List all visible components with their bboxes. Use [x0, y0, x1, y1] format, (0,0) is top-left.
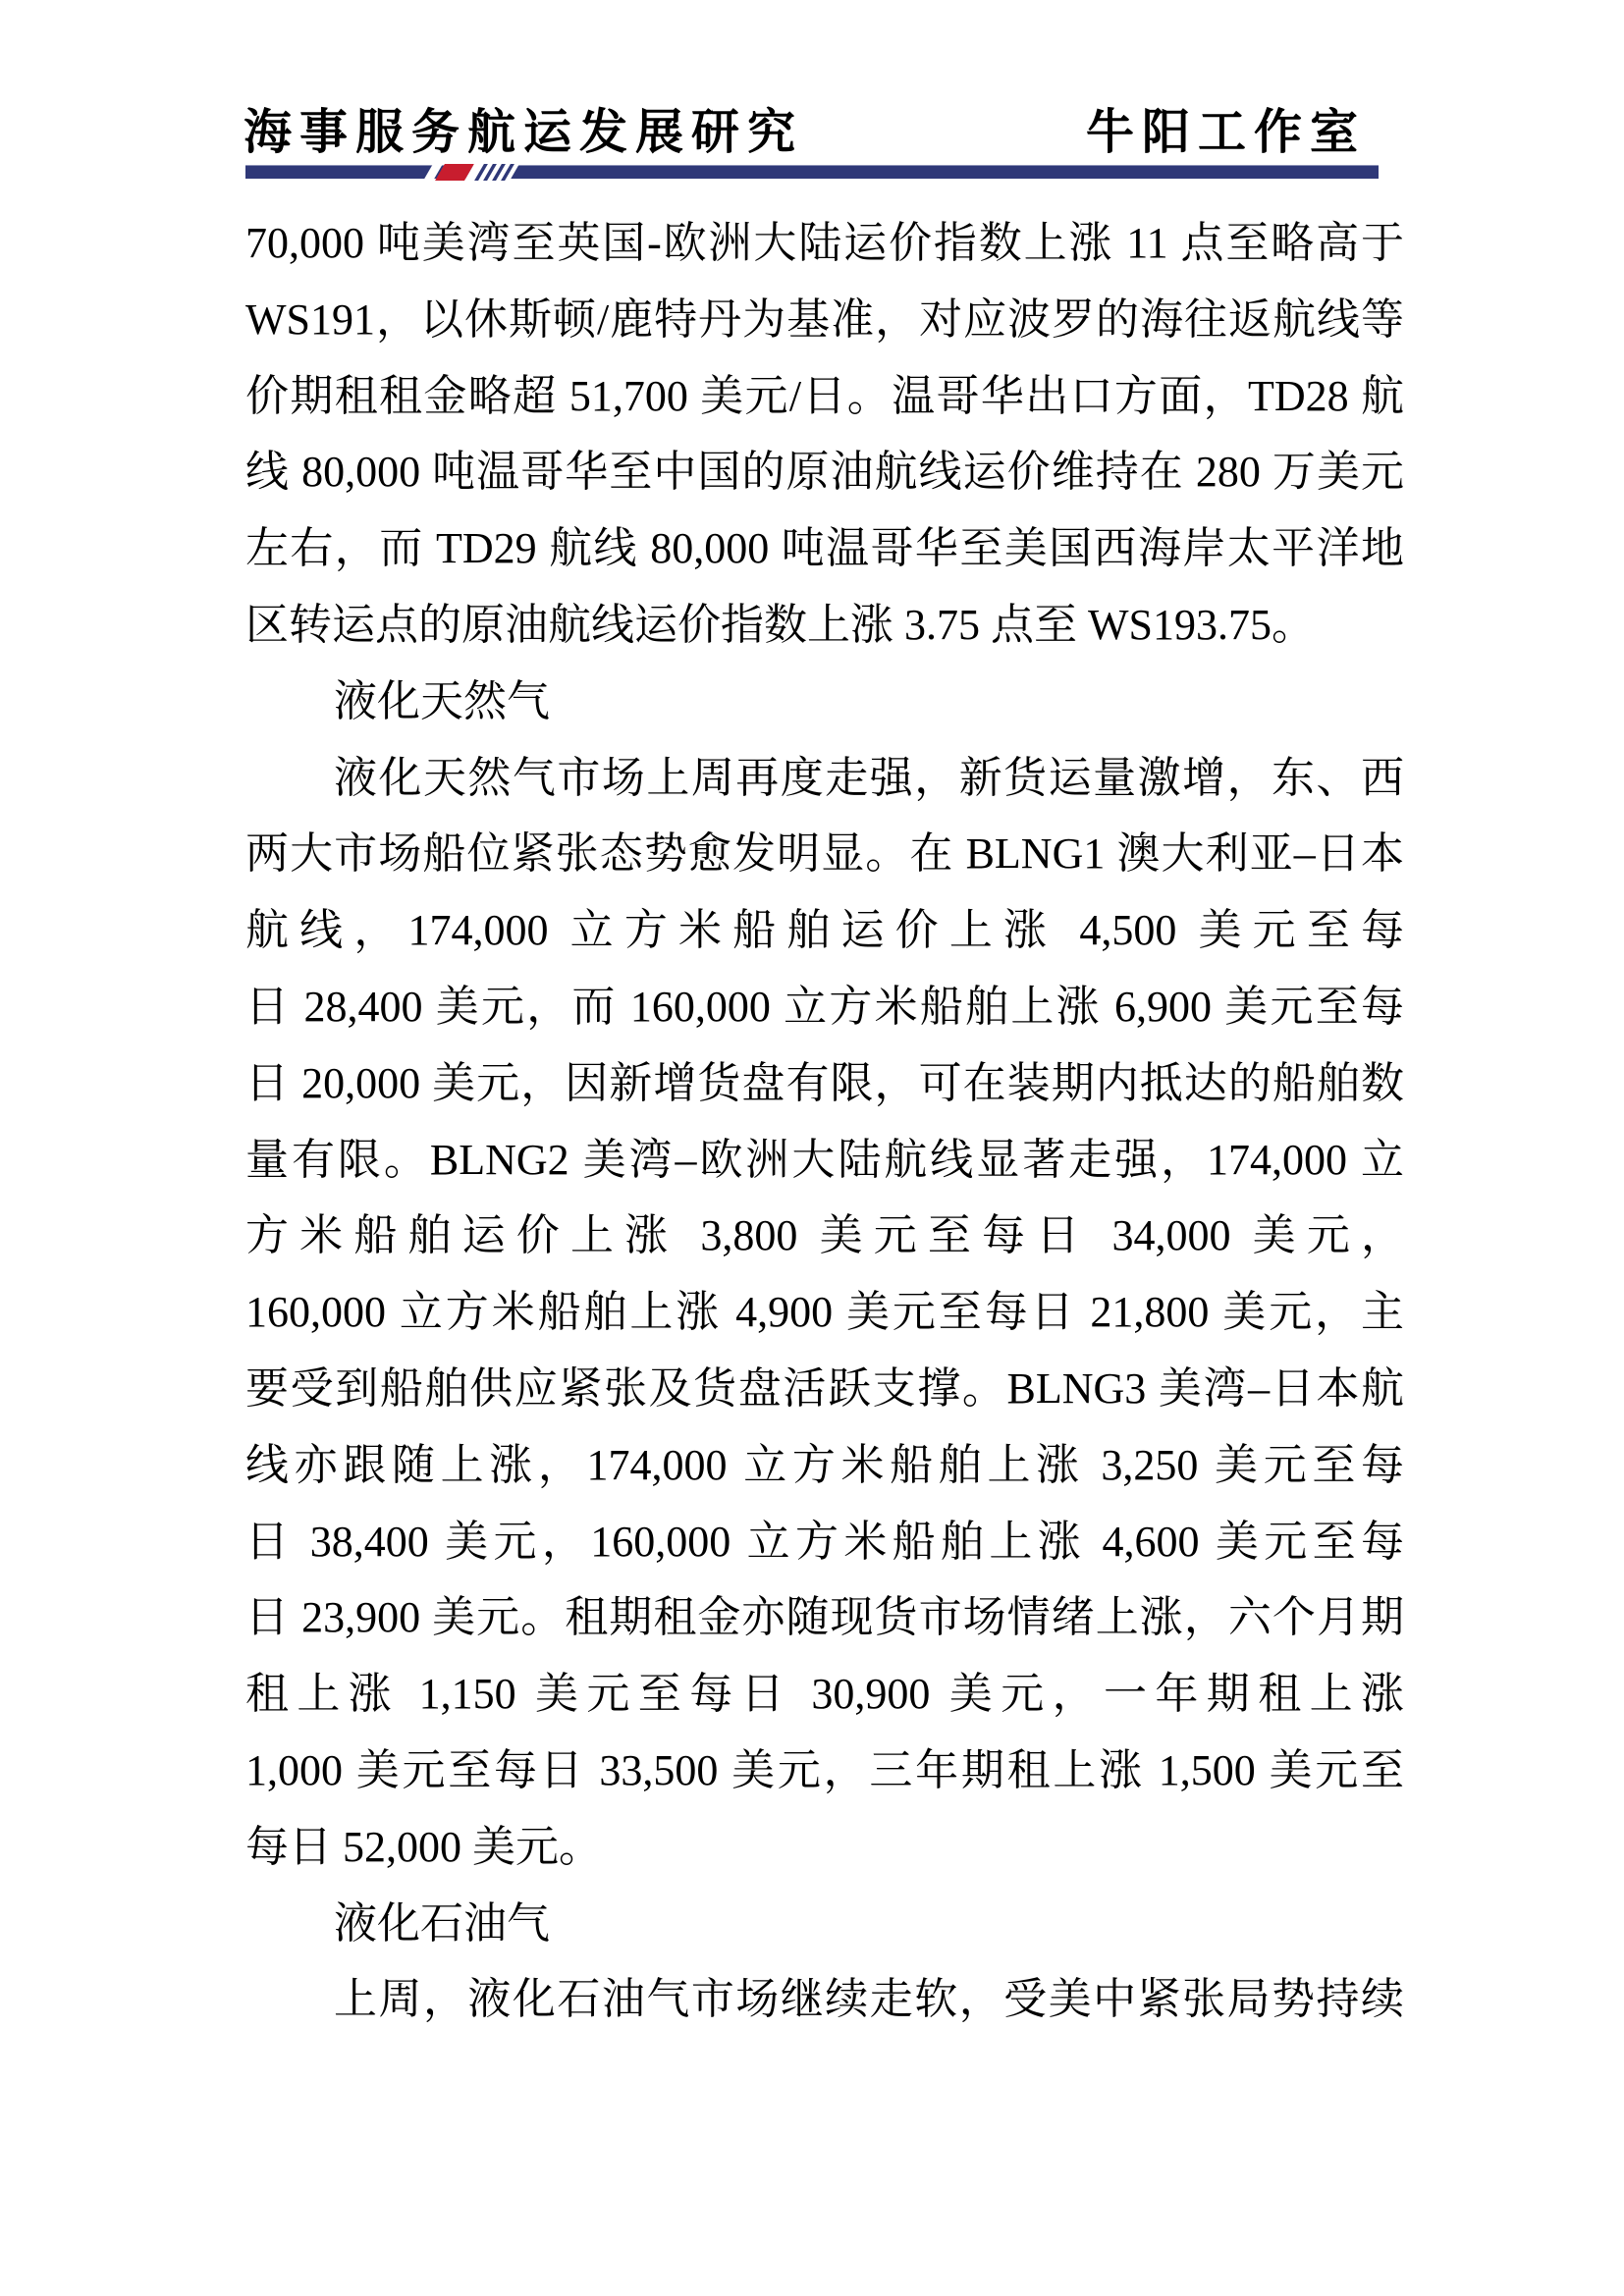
body-line: 左右，而 TD29 航线 80,000 吨温哥华至美国西海岸太平洋地 [245, 510, 1404, 587]
body-line: 线 80,000 吨温哥华至中国的原油航线运价维持在 280 万美元 [245, 434, 1404, 510]
body-line: WS191，以休斯顿/鹿特丹为基准，对应波罗的海往返航线等 [245, 282, 1404, 358]
body-line: 日 38,400 美元，160,000 立方米船舶上涨 4,600 美元至每 [245, 1504, 1404, 1580]
body-line: 价期租租金略超 51,700 美元/日。温哥华出口方面，TD28 航 [245, 358, 1404, 435]
body-line: 上周，液化石油气市场继续走软，受美中紧张局势持续 [245, 1961, 1404, 2038]
body-line: 要受到船舶供应紧张及货盘活跃支撑。BLNG3 美湾–日本航 [245, 1351, 1404, 1427]
divider-bar [245, 165, 1379, 179]
body-line: 160,000 立方米船舶上涨 4,900 美元至每日 21,800 美元，主 [245, 1274, 1404, 1351]
body-line: 区转运点的原油航线运价指数上涨 3.75 点至 WS193.75。 [245, 587, 1404, 664]
header-studio: 牛阳工作室 [1086, 94, 1366, 163]
section-heading-lng: 液化天然气 [245, 664, 1404, 740]
body-line: 液化天然气市场上周再度走强，新货运量激增，东、西 [245, 740, 1404, 817]
body-line: 日 28,400 美元，而 160,000 立方米船舶上涨 6,900 美元至每 [245, 969, 1404, 1045]
body-line: 70,000 吨美湾至英国-欧洲大陆运价指数上涨 11 点至略高于 [245, 205, 1404, 282]
body-line: 方米船舶运价上涨 3,800 美元至每日 34,000 美元， [245, 1198, 1404, 1274]
body-line: 每日 52,000 美元。 [245, 1809, 1404, 1886]
body-line: 两大市场船位紧张态势愈发明显。在 BLNG1 澳大利亚–日本 [245, 816, 1404, 892]
body-line: 1,000 美元至每日 33,500 美元，三年期租上涨 1,500 美元至 [245, 1733, 1404, 1809]
body-line: 日 20,000 美元，因新增货盘有限，可在装期内抵达的船舶数 [245, 1045, 1404, 1122]
header-title: 海事服务航运发展研究 [244, 94, 803, 163]
section-heading-lpg: 液化石油气 [245, 1886, 1404, 1962]
body-line: 租上涨 1,150 美元至每日 30,900 美元，一年期租上涨 [245, 1656, 1404, 1733]
document-body: 70,000 吨美湾至英国-欧洲大陆运价指数上涨 11 点至略高于 WS191，… [245, 205, 1404, 2038]
body-line: 日 23,900 美元。租期租金亦随现货市场情绪上涨，六个月期 [245, 1579, 1404, 1656]
body-line: 航线，174,000 立方米船舶运价上涨 4,500 美元至每 [245, 892, 1404, 969]
body-line: 量有限。BLNG2 美湾–欧洲大陆航线显著走强，174,000 立 [245, 1122, 1404, 1199]
body-line: 线亦跟随上涨，174,000 立方米船舶上涨 3,250 美元至每 [245, 1427, 1404, 1504]
document-page: 海事服务航运发展研究 牛阳工作室 70,000 吨美湾至英国-欧洲大陆运价指数上… [0, 0, 1624, 2296]
